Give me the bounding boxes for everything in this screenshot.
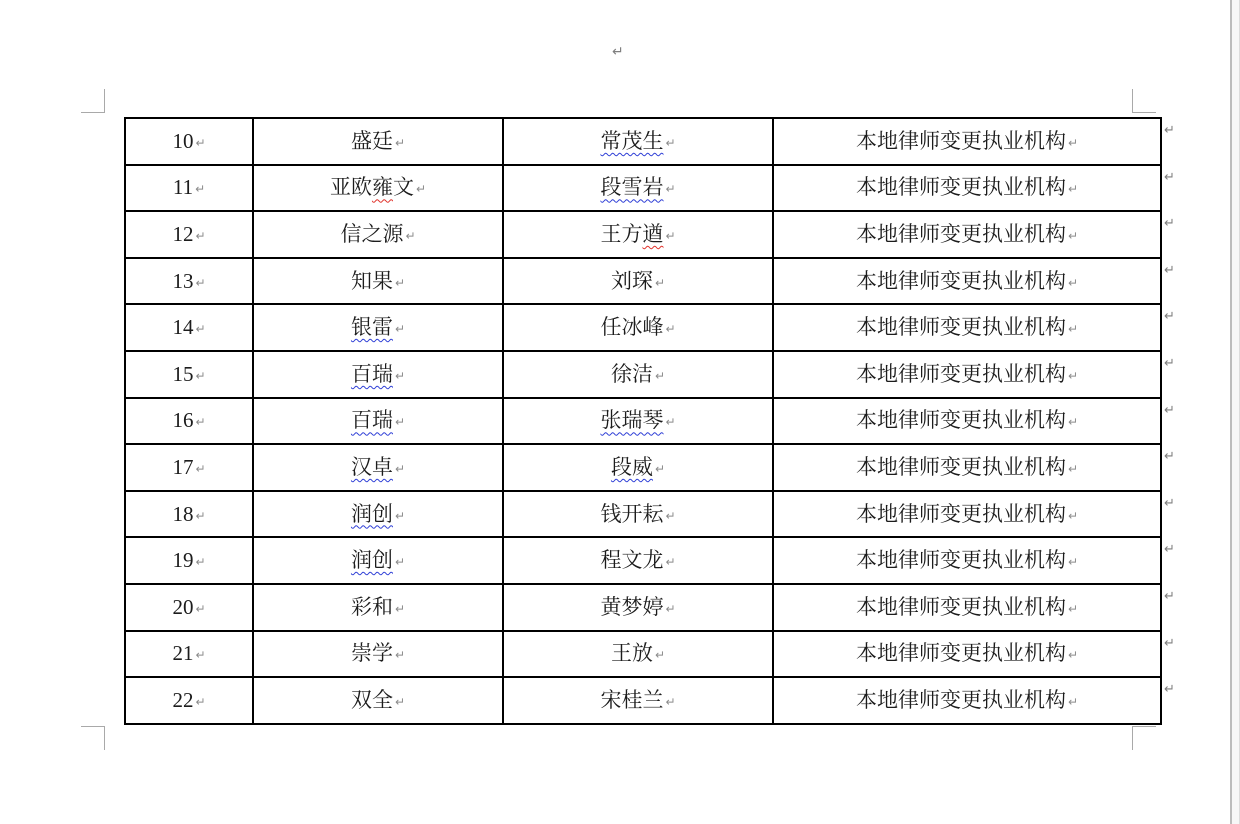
row-number: 21 [172, 641, 193, 665]
cell-end-mark: ↵ [665, 510, 675, 522]
change-type-text: 本地律师变更执业机构 [856, 129, 1066, 153]
row-number-cell[interactable]: 11↵ [125, 165, 253, 212]
firm-name-part: 润创 [351, 548, 393, 572]
firm-name-cell[interactable]: 银雷↵ [253, 304, 503, 351]
firm-name-part: 双全 [351, 688, 393, 712]
cell-end-mark: ↵ [395, 649, 405, 661]
cell-end-mark: ↵ [1068, 183, 1078, 195]
firm-name-cell[interactable]: 百瑞↵ [253, 351, 503, 398]
lawyer-name-cell[interactable]: 张瑞琴↵ [503, 398, 773, 445]
cell-end-mark: ↵ [665, 183, 675, 195]
change-type-cell[interactable]: 本地律师变更执业机构↵ [773, 304, 1161, 351]
firm-name-part: 百瑞 [351, 362, 393, 386]
cell-end-mark: ↵ [195, 696, 205, 708]
table-row: 13↵ 知果↵ 刘琛↵ 本地律师变更执业机构↵ [125, 258, 1161, 305]
cell-end-mark: ↵ [195, 183, 205, 195]
firm-name-part: 润创 [351, 502, 393, 526]
cell-end-mark: ↵ [655, 649, 665, 661]
cell-end-mark: ↵ [1068, 696, 1078, 708]
table-row: 11↵ 亚欧雍文↵ 段雪岩↵ 本地律师变更执业机构↵ [125, 165, 1161, 212]
lawyer-name-cell[interactable]: 宋桂兰↵ [503, 677, 773, 724]
firm-name-part: 信之源 [340, 222, 403, 246]
change-type-text: 本地律师变更执业机构 [856, 688, 1066, 712]
table-row: 20↵ 彩和↵ 黄梦婷↵ 本地律师变更执业机构↵ [125, 584, 1161, 631]
change-type-cell[interactable]: 本地律师变更执业机构↵ [773, 165, 1161, 212]
firm-name-part: 雍 [372, 175, 393, 199]
firm-name-part: 彩和 [351, 595, 393, 619]
change-type-cell[interactable]: 本地律师变更执业机构↵ [773, 491, 1161, 538]
firm-name-cell[interactable]: 润创↵ [253, 491, 503, 538]
change-type-text: 本地律师变更执业机构 [856, 315, 1066, 339]
cell-end-mark: ↵ [665, 696, 675, 708]
firm-name-cell[interactable]: 双全↵ [253, 677, 503, 724]
lawyer-name-part: 王放 [611, 641, 653, 665]
lawyer-name-cell[interactable]: 刘琛↵ [503, 258, 773, 305]
row-end-mark: ↵ [1164, 678, 1175, 725]
cell-end-mark: ↵ [395, 323, 405, 335]
margin-corner-mark-bottom-left [81, 726, 105, 750]
change-type-text: 本地律师变更执业机构 [856, 641, 1066, 665]
cell-end-mark: ↵ [1068, 510, 1078, 522]
firm-name-cell[interactable]: 盛廷↵ [253, 118, 503, 165]
lawyer-name-part: 宋桂兰 [600, 688, 663, 712]
change-type-cell[interactable]: 本地律师变更执业机构↵ [773, 677, 1161, 724]
cell-end-mark: ↵ [1068, 230, 1078, 242]
lawyer-name-cell[interactable]: 王方遒↵ [503, 211, 773, 258]
change-type-text: 本地律师变更执业机构 [856, 222, 1066, 246]
cell-end-mark: ↵ [395, 137, 405, 149]
row-number-cell[interactable]: 20↵ [125, 584, 253, 631]
firm-name-cell[interactable]: 汉卓↵ [253, 444, 503, 491]
cell-end-mark: ↵ [1068, 323, 1078, 335]
firm-name-cell[interactable]: 信之源↵ [253, 211, 503, 258]
lawyer-name-part: 张瑞琴 [600, 408, 663, 432]
change-type-text: 本地律师变更执业机构 [856, 408, 1066, 432]
row-number-cell[interactable]: 14↵ [125, 304, 253, 351]
row-end-mark: ↵ [1164, 492, 1175, 539]
row-end-mark: ↵ [1164, 259, 1175, 306]
cell-end-mark: ↵ [195, 137, 205, 149]
row-number-cell[interactable]: 10↵ [125, 118, 253, 165]
cell-end-mark: ↵ [195, 649, 205, 661]
cell-end-mark: ↵ [655, 277, 665, 289]
table-row: 18↵ 润创↵ 钱开耘↵ 本地律师变更执业机构↵ [125, 491, 1161, 538]
firm-name-cell[interactable]: 亚欧雍文↵ [253, 165, 503, 212]
row-number-cell[interactable]: 17↵ [125, 444, 253, 491]
row-end-mark: ↵ [1164, 119, 1175, 166]
change-type-text: 本地律师变更执业机构 [856, 175, 1066, 199]
row-end-marks: ↵ ↵ ↵ ↵ ↵ ↵ ↵ ↵ ↵ ↵ ↵ ↵ ↵ [1164, 119, 1175, 725]
window-right-edge[interactable] [1230, 0, 1240, 824]
table-row: 19↵ 润创↵ 程文龙↵ 本地律师变更执业机构↵ [125, 537, 1161, 584]
firm-name-cell[interactable]: 知果↵ [253, 258, 503, 305]
row-number-cell[interactable]: 18↵ [125, 491, 253, 538]
firm-name-part: 银雷 [351, 315, 393, 339]
firm-name-part: 盛廷 [351, 129, 393, 153]
cell-end-mark: ↵ [395, 277, 405, 289]
change-type-cell[interactable]: 本地律师变更执业机构↵ [773, 631, 1161, 678]
row-number-cell[interactable]: 13↵ [125, 258, 253, 305]
cell-end-mark: ↵ [395, 556, 405, 568]
change-type-cell[interactable]: 本地律师变更执业机构↵ [773, 398, 1161, 445]
firm-name-part: 亚欧 [330, 175, 372, 199]
row-end-mark: ↵ [1164, 538, 1175, 585]
row-number: 17 [172, 455, 193, 479]
cell-end-mark: ↵ [405, 230, 415, 242]
table-row: 12↵ 信之源↵ 王方遒↵ 本地律师变更执业机构↵ [125, 211, 1161, 258]
firm-name-part: 汉卓 [351, 455, 393, 479]
lawyer-name-part: 程文龙 [600, 548, 663, 572]
cell-end-mark: ↵ [195, 370, 205, 382]
row-end-mark: ↵ [1164, 352, 1175, 399]
firm-name-part: 文 [393, 175, 414, 199]
lawyer-name-cell[interactable]: 段雪岩↵ [503, 165, 773, 212]
cell-end-mark: ↵ [395, 603, 405, 615]
lawyer-name-part: 段雪岩 [600, 175, 663, 199]
cell-end-mark: ↵ [195, 603, 205, 615]
row-end-mark: ↵ [1164, 632, 1175, 679]
row-number: 20 [172, 595, 193, 619]
row-number-cell[interactable]: 19↵ [125, 537, 253, 584]
change-type-text: 本地律师变更执业机构 [856, 455, 1066, 479]
row-number: 13 [172, 269, 193, 293]
row-number-cell[interactable]: 21↵ [125, 631, 253, 678]
table-row: 15↵ 百瑞↵ 徐洁↵ 本地律师变更执业机构↵ [125, 351, 1161, 398]
firm-name-cell[interactable]: 彩和↵ [253, 584, 503, 631]
firm-name-part: 百瑞 [351, 408, 393, 432]
cell-end-mark: ↵ [195, 230, 205, 242]
cell-end-mark: ↵ [395, 370, 405, 382]
row-number: 15 [172, 362, 193, 386]
cell-end-mark: ↵ [1068, 277, 1078, 289]
firm-name-part: 崇学 [351, 641, 393, 665]
table-row: 17↵ 汉卓↵ 段威↵ 本地律师变更执业机构↵ [125, 444, 1161, 491]
lawyer-name-part: 遒 [642, 222, 663, 246]
lawyer-name-cell[interactable]: 钱开耘↵ [503, 491, 773, 538]
row-number: 18 [172, 502, 193, 526]
lawyer-name-part: 黄梦婷 [600, 595, 663, 619]
cell-end-mark: ↵ [1068, 649, 1078, 661]
row-number: 11 [173, 175, 193, 199]
cell-end-mark: ↵ [1068, 463, 1078, 475]
row-number-cell[interactable]: 16↵ [125, 398, 253, 445]
cell-end-mark: ↵ [195, 463, 205, 475]
cell-end-mark: ↵ [395, 696, 405, 708]
row-end-mark: ↵ [1164, 445, 1175, 492]
row-number: 12 [172, 222, 193, 246]
lawyer-name-cell[interactable]: 徐洁↵ [503, 351, 773, 398]
cell-end-mark: ↵ [1068, 416, 1078, 428]
change-type-cell[interactable]: 本地律师变更执业机构↵ [773, 444, 1161, 491]
lawyer-name-part: 段威 [611, 455, 653, 479]
lawyer-name-part: 钱开耘 [600, 502, 663, 526]
change-type-cell[interactable]: 本地律师变更执业机构↵ [773, 584, 1161, 631]
table-row: 14↵ 银雷↵ 任冰峰↵ 本地律师变更执业机构↵ [125, 304, 1161, 351]
cell-end-mark: ↵ [1068, 370, 1078, 382]
cell-end-mark: ↵ [655, 463, 665, 475]
cell-end-mark: ↵ [195, 510, 205, 522]
change-type-text: 本地律师变更执业机构 [856, 269, 1066, 293]
cell-end-mark: ↵ [395, 463, 405, 475]
lawyer-name-cell[interactable]: 程文龙↵ [503, 537, 773, 584]
change-type-text: 本地律师变更执业机构 [856, 595, 1066, 619]
cell-end-mark: ↵ [665, 230, 675, 242]
row-number-cell[interactable]: 12↵ [125, 211, 253, 258]
table-row: 16↵ 百瑞↵ 张瑞琴↵ 本地律师变更执业机构↵ [125, 398, 1161, 445]
row-end-mark: ↵ [1164, 166, 1175, 213]
cell-end-mark: ↵ [655, 370, 665, 382]
firm-name-part: 知果 [351, 269, 393, 293]
table-row: 22↵ 双全↵ 宋桂兰↵ 本地律师变更执业机构↵ [125, 677, 1161, 724]
row-number: 22 [172, 688, 193, 712]
row-number: 16 [172, 408, 193, 432]
row-end-mark: ↵ [1164, 399, 1175, 446]
cell-end-mark: ↵ [665, 137, 675, 149]
table-row: 10↵ 盛廷↵ 常茂生↵ 本地律师变更执业机构↵ [125, 118, 1161, 165]
change-type-cell[interactable]: 本地律师变更执业机构↵ [773, 211, 1161, 258]
cell-end-mark: ↵ [195, 323, 205, 335]
lawyer-name-cell[interactable]: 任冰峰↵ [503, 304, 773, 351]
row-number: 19 [172, 548, 193, 572]
lawyer-name-cell[interactable]: 常茂生↵ [503, 118, 773, 165]
lawyer-name-part: 王方 [600, 222, 642, 246]
row-end-mark: ↵ [1164, 305, 1175, 352]
change-type-cell[interactable]: 本地律师变更执业机构↵ [773, 537, 1161, 584]
cell-end-mark: ↵ [665, 323, 675, 335]
table-row: 21↵ 崇学↵ 王放↵ 本地律师变更执业机构↵ [125, 631, 1161, 678]
margin-corner-mark-top-right [1132, 89, 1156, 113]
change-type-text: 本地律师变更执业机构 [856, 502, 1066, 526]
cell-end-mark: ↵ [1068, 556, 1078, 568]
cell-end-mark: ↵ [1068, 603, 1078, 615]
cell-end-mark: ↵ [665, 556, 675, 568]
change-type-cell[interactable]: 本地律师变更执业机构↵ [773, 118, 1161, 165]
change-type-cell[interactable]: 本地律师变更执业机构↵ [773, 258, 1161, 305]
firm-name-cell[interactable]: 百瑞↵ [253, 398, 503, 445]
change-type-text: 本地律师变更执业机构 [856, 548, 1066, 572]
lawyer-transfer-table: 10↵ 盛廷↵ 常茂生↵ 本地律师变更执业机构↵ 11↵ 亚欧雍文↵ 段雪岩↵ … [124, 117, 1162, 725]
lawyer-name-cell[interactable]: 黄梦婷↵ [503, 584, 773, 631]
cell-end-mark: ↵ [195, 277, 205, 289]
cell-end-mark: ↵ [195, 556, 205, 568]
cell-end-mark: ↵ [195, 416, 205, 428]
document-page: ↵ 10↵ 盛廷↵ 常茂生↵ 本地律师变更执业机构↵ 11↵ 亚欧雍文↵ 段雪岩… [0, 0, 1240, 824]
cell-end-mark: ↵ [395, 416, 405, 428]
margin-corner-mark-bottom-right [1132, 726, 1156, 750]
cell-end-mark: ↵ [416, 183, 426, 195]
row-number: 10 [172, 129, 193, 153]
paragraph-mark: ↵ [612, 44, 624, 60]
lawyer-name-part: 任冰峰 [600, 315, 663, 339]
lawyer-name-part: 刘琛 [611, 269, 653, 293]
lawyer-name-cell[interactable]: 王放↵ [503, 631, 773, 678]
change-type-cell[interactable]: 本地律师变更执业机构↵ [773, 351, 1161, 398]
row-end-mark: ↵ [1164, 212, 1175, 259]
lawyer-name-part: 常茂生 [600, 129, 663, 153]
firm-name-cell[interactable]: 崇学↵ [253, 631, 503, 678]
cell-end-mark: ↵ [665, 603, 675, 615]
cell-end-mark: ↵ [395, 510, 405, 522]
cell-end-mark: ↵ [1068, 137, 1078, 149]
row-end-mark: ↵ [1164, 585, 1175, 632]
firm-name-cell[interactable]: 润创↵ [253, 537, 503, 584]
row-number-cell[interactable]: 15↵ [125, 351, 253, 398]
margin-corner-mark-top-left [81, 89, 105, 113]
lawyer-name-part: 徐洁 [611, 362, 653, 386]
lawyer-name-cell[interactable]: 段威↵ [503, 444, 773, 491]
cell-end-mark: ↵ [665, 416, 675, 428]
change-type-text: 本地律师变更执业机构 [856, 362, 1066, 386]
row-number: 14 [172, 315, 193, 339]
row-number-cell[interactable]: 22↵ [125, 677, 253, 724]
